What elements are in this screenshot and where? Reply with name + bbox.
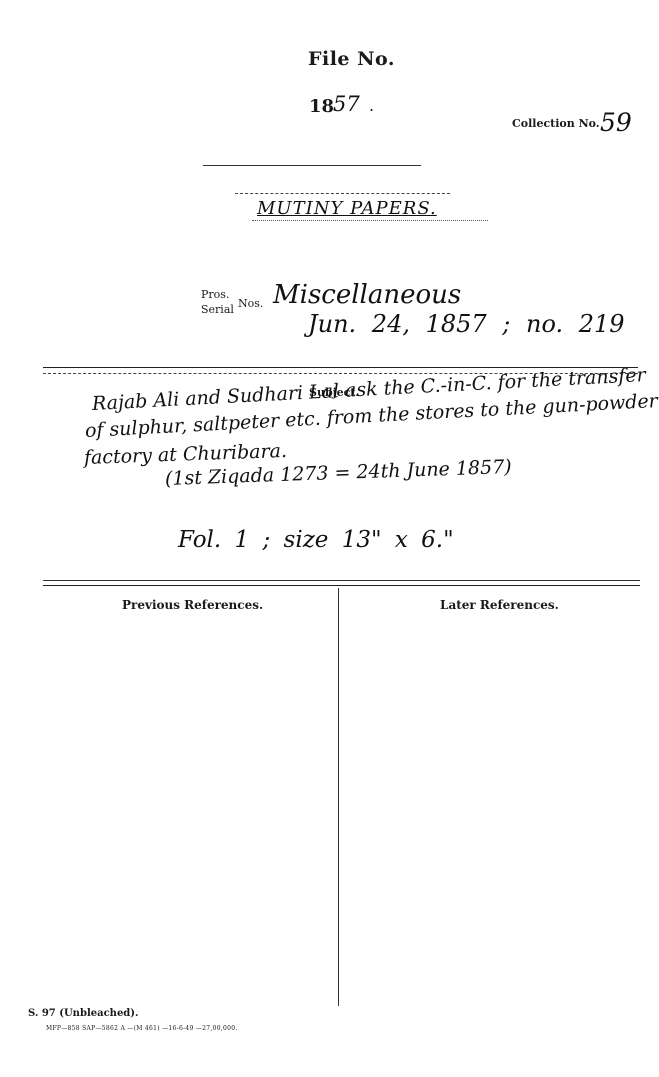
print-imprint: MFP—858 SAP—5862 A —(M 461) —16-6-49 —27… xyxy=(46,1025,238,1032)
divider-line xyxy=(235,193,450,194)
year-handwritten-suffix: 57 xyxy=(333,92,360,116)
divider-line xyxy=(203,165,421,166)
serial-label: Serial xyxy=(201,303,234,316)
divider-line xyxy=(43,367,638,368)
previous-references-heading: Previous References. xyxy=(122,598,263,612)
collection-number-label: Collection No. xyxy=(512,117,600,130)
form-number: S. 97 (Unbleached). xyxy=(28,1008,139,1019)
divider-line xyxy=(43,585,640,586)
serial-value: Jun. 24, 1857 ; no. 219 xyxy=(308,310,625,338)
later-references-heading: Later References. xyxy=(440,598,559,612)
title-underline xyxy=(252,220,488,221)
pros-label: Pros. xyxy=(201,289,229,301)
pros-value: Miscellaneous xyxy=(273,280,461,310)
year-printed-prefix: 18 xyxy=(309,96,334,117)
divider-line xyxy=(43,580,640,581)
folio-size-note: Fol. 1 ; size 13" x 6." xyxy=(178,527,454,553)
nos-label: Nos. xyxy=(238,297,263,310)
collection-number-value: 59 xyxy=(600,108,632,137)
column-divider xyxy=(338,588,339,1006)
later-references-area xyxy=(341,618,639,1003)
year-dot: . xyxy=(369,96,374,115)
file-no-label: File No. xyxy=(308,48,395,70)
series-title: MUTINY PAPERS. xyxy=(257,198,437,219)
previous-references-area xyxy=(44,618,336,1003)
